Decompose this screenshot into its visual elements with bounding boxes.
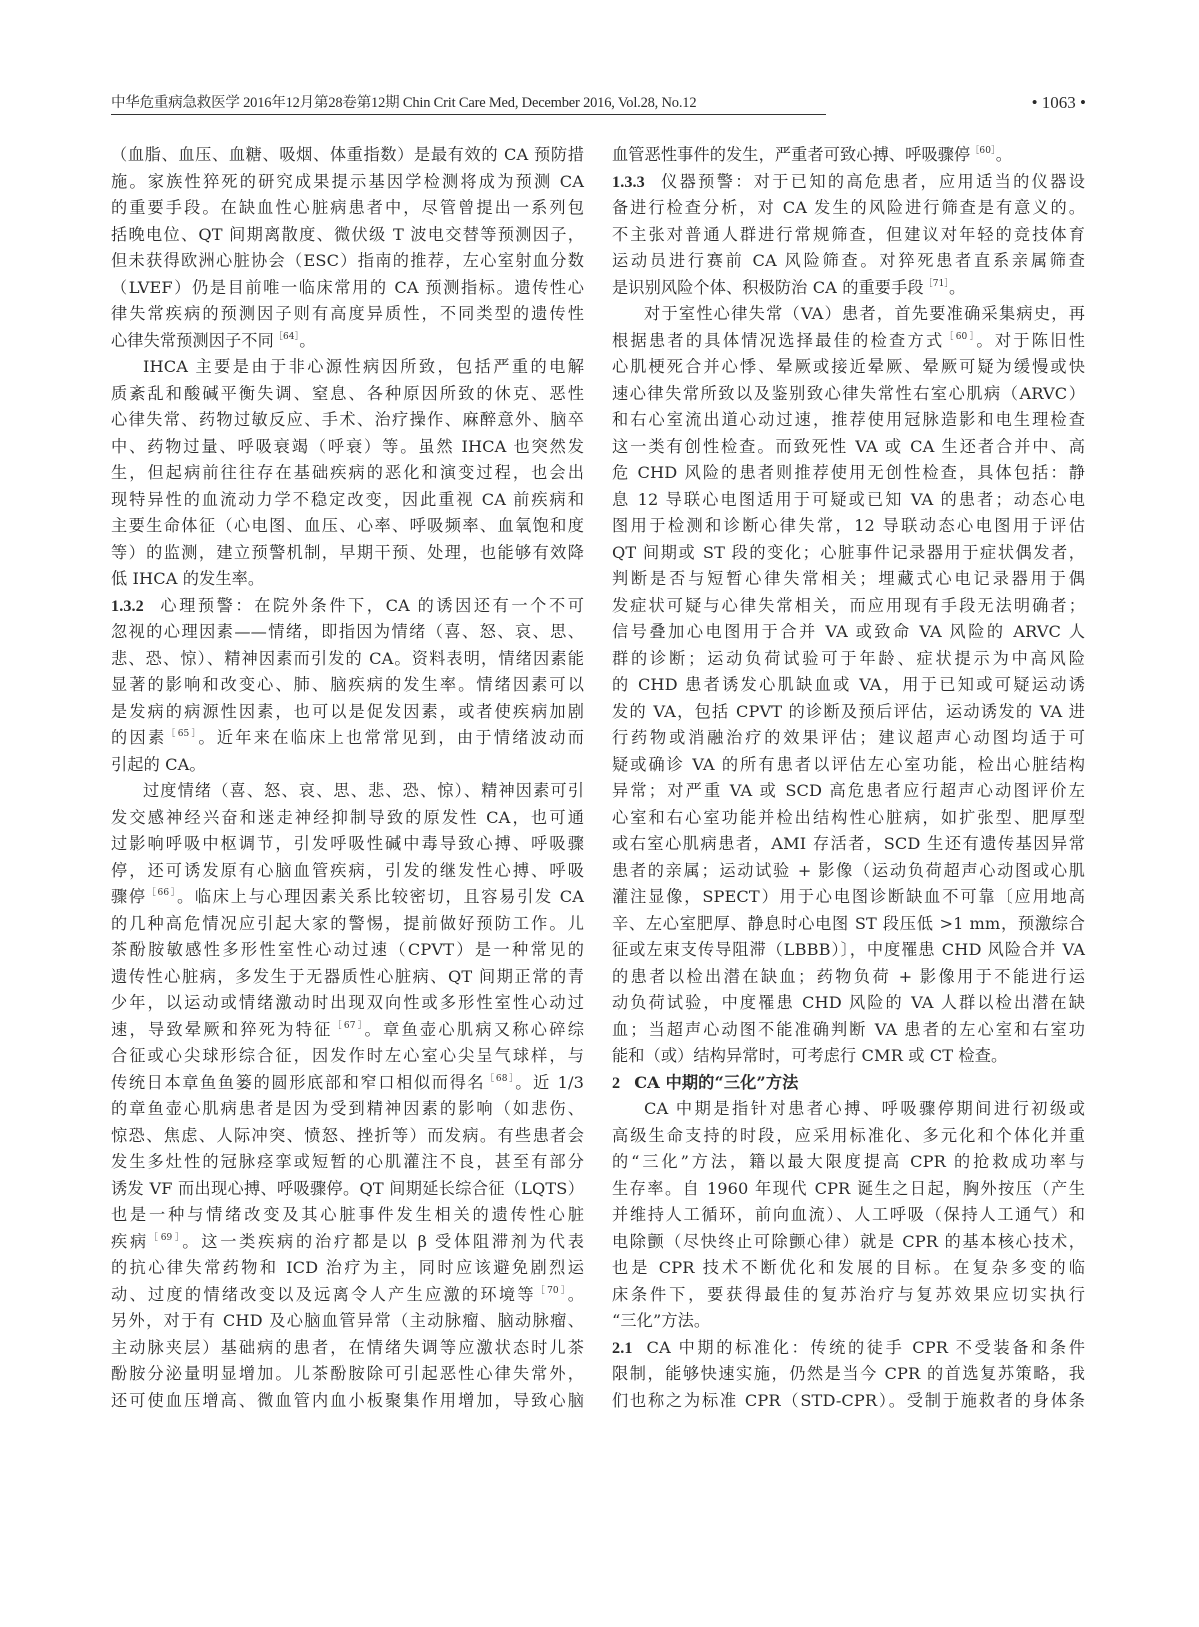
text-line: 过度情绪（喜、怒、哀、思、悲、恐、惊）、精神因素可引 bbox=[111, 778, 584, 805]
text-line: 心肌梗死合并心悸、晕厥或接近晕厥、晕厥可疑为缓慢或快 bbox=[612, 354, 1085, 381]
line-text: 的几种高危情况应引起大家的警惕，提前做好预防工作。儿 bbox=[111, 914, 584, 933]
text-line: 限制，能够快速实施，仍然是当今 CPR 的首选复苏策略，我 bbox=[612, 1361, 1085, 1388]
journal-citation: 中华危重病急救医学 2016年12月第28卷第12期 Chin Crit Car… bbox=[111, 92, 826, 115]
line-text: 酚胺分泌量明显增加。儿茶酚胺除可引起恶性心律失常外， bbox=[111, 1364, 584, 1383]
text-line: QT 间期或 ST 段的变化；心脏事件记录器用于症状偶发者， bbox=[612, 540, 1085, 567]
text-line: 的几种高危情况应引起大家的警惕，提前做好预防工作。儿 bbox=[111, 911, 584, 938]
line-text: 判断是否与短暂心律失常相关；埋藏式心电记录器用于偶 bbox=[612, 569, 1085, 588]
text-line: 合征或心尖球形综合征，因发作时左心室心尖呈气球样，与 bbox=[111, 1043, 584, 1070]
line-text-tail: 。近 1/3 bbox=[515, 1073, 584, 1092]
text-line: 危 CHD 风险的患者则推荐使用无创性检查，具体包括：静 bbox=[612, 460, 1085, 487]
line-text: 惊恐、焦虑、人际冲突、愤怒、挫折等）而发病。有些患者会 bbox=[111, 1126, 584, 1145]
text-line: 电除颤（尽快终止可除颤心律）就是 CPR 的基本核心技术， bbox=[612, 1229, 1085, 1256]
text-line: 骤停［66］。临床上与心理因素关系比较密切，且容易引发 CA bbox=[111, 884, 584, 911]
line-text: 现特异性的血流动力学不稳定改变，因此重视 CA 前疾病和 bbox=[111, 490, 584, 509]
text-line: IHCA 主要是由于非心源性病因所致，包括严重的电解 bbox=[111, 354, 584, 381]
citation-reference: ［69］ bbox=[149, 1233, 182, 1243]
line-text: 心律失常预测因子不同 bbox=[111, 331, 274, 350]
line-text-tail: 。 bbox=[299, 331, 315, 350]
line-text: 也是一种与情绪改变及其心脏事件发生相关的遗传性心脏 bbox=[111, 1205, 584, 1224]
text-line: 质紊乱和酸碱平衡失调、窒息、各种原因所致的休克、恶性 bbox=[111, 381, 584, 408]
text-line: 发交感神经兴奋和迷走神经抑制导致的原发性 CA，也可通 bbox=[111, 805, 584, 832]
text-line: 引起的 CA。 bbox=[111, 752, 584, 779]
text-line: 悲、恐、惊）、精神因素而引发的 CA。资料表明，情绪因素能 bbox=[111, 646, 584, 673]
text-line: 血管恶性事件的发生，严重者可致心搏、呼吸骤停［60］。 bbox=[612, 142, 1085, 169]
line-text-tail: 。 bbox=[996, 145, 1012, 164]
text-line: 并维持人工循环，前向血流）、人工呼吸（保持人工通气）和 bbox=[612, 1202, 1085, 1229]
line-text-tail: 。临床上与心理因素关系比较密切，且容易引发 CA bbox=[177, 887, 584, 906]
line-text: 根据患者的具体情况选择最佳的检查方式 bbox=[612, 331, 944, 350]
text-line: 灌注显像，SPECT）用于心电图诊断缺血不可靠〔应用地高 bbox=[612, 884, 1085, 911]
text-line: 疑或确诊 VA 的所有患者以评估左心室功能，检出心脏结构 bbox=[612, 752, 1085, 779]
line-text: “三化”方法。 bbox=[612, 1311, 710, 1330]
citation-reference: ［66］ bbox=[147, 888, 177, 898]
line-text: CA 中期的“三化”方法 bbox=[634, 1073, 798, 1092]
line-text: 悲、恐、惊）、精神因素而引发的 CA。资料表明，情绪因素能 bbox=[111, 649, 584, 668]
line-text: 施。家族性猝死的研究成果提示基因学检测将成为预测 CA bbox=[111, 172, 584, 191]
text-line: （血脂、血压、血糖、吸烟、体重指数）是最有效的 CA 预防措 bbox=[111, 142, 584, 169]
line-text: 主动脉夹层）基础病的患者，在情绪失调等应激状态时儿茶 bbox=[111, 1338, 584, 1357]
line-text: 辛、左心室肥厚、静息时心电图 ST 段压低 >1 mm，预激综合 bbox=[612, 914, 1085, 933]
citation-reference: ［60］ bbox=[944, 332, 976, 342]
line-text: 血；当超声心动图不能准确判断 VA 患者的左心室和右室功 bbox=[612, 1020, 1085, 1039]
line-text-tail: 。 bbox=[568, 1285, 584, 1304]
line-text: 这一类有创性检查。而致死性 VA 或 CA 生还者合并中、高 bbox=[612, 437, 1085, 456]
line-text: 群的诊断；运动负荷试验可于年龄、症状提示为中高风险 bbox=[612, 649, 1085, 668]
citation-reference: ［65］ bbox=[166, 729, 198, 739]
line-text: 是识别风险个体、积极防治 CA 的重要手段 bbox=[612, 278, 924, 297]
text-line: 酚胺分泌量明显增加。儿茶酚胺除可引起恶性心律失常外， bbox=[111, 1361, 584, 1388]
line-text: CA 中期的标准化：传统的徒手 CPR 不受装备和条件 bbox=[647, 1338, 1085, 1357]
line-text: 另外，对于有 CHD 及心脑血管异常（主动脉瘤、脑动脉瘤、 bbox=[111, 1311, 584, 1330]
citation-reference: ［67］ bbox=[333, 1021, 365, 1031]
text-line: 对于室性心律失常（VA）患者，首先要准确采集病史，再 bbox=[612, 301, 1085, 328]
text-line: 停，还可诱发原有心脑血管疾病，引发的继发性心搏、呼吸 bbox=[111, 858, 584, 885]
line-text: 过影响呼吸中枢调节，引发呼吸性碱中毒导致心搏、呼吸骤 bbox=[111, 834, 584, 853]
text-line: 的抗心律失常药物和 ICD 治疗为主，同时应该避免剧烈运 bbox=[111, 1255, 584, 1282]
line-text: 低 IHCA 的发生率。 bbox=[111, 569, 264, 588]
text-line: 主动脉夹层）基础病的患者，在情绪失调等应激状态时儿茶 bbox=[111, 1335, 584, 1362]
text-line: 图用于检测和诊断心律失常，12 导联动态心电图用于评估 bbox=[612, 513, 1085, 540]
line-text: 和右心室流出道心动过速，推荐使用冠脉造影和电生理检查 bbox=[612, 410, 1085, 429]
text-line: 过影响呼吸中枢调节，引发呼吸性碱中毒导致心搏、呼吸骤 bbox=[111, 831, 584, 858]
line-text: 心肌梗死合并心悸、晕厥或接近晕厥、晕厥可疑为缓慢或快 bbox=[612, 357, 1085, 376]
citation-reference: ［60］ bbox=[970, 146, 995, 156]
text-line: 心律失常预测因子不同［64］。 bbox=[111, 328, 584, 355]
text-line: 群的诊断；运动负荷试验可于年龄、症状提示为中高风险 bbox=[612, 646, 1085, 673]
text-line: 患者的亲属；运动试验 + 影像（运动负荷超声心动图或心肌 bbox=[612, 858, 1085, 885]
line-text: QT 间期或 ST 段的变化；心脏事件记录器用于症状偶发者， bbox=[612, 543, 1085, 562]
line-text: 们也称之为标准 CPR（STD-CPR）。受制于施救者的身体条 bbox=[612, 1391, 1085, 1410]
text-line: 异常；对严重 VA 或 SCD 高危患者应行超声心动图评价左 bbox=[612, 778, 1085, 805]
line-text: 动负荷试验，中度罹患 CHD 风险的 VA 人群以检出潜在缺 bbox=[612, 993, 1085, 1012]
text-line: 高级生命支持的时段，应采用标准化、多元化和个体化并重 bbox=[612, 1123, 1085, 1150]
line-text: 患者的亲属；运动试验 + 影像（运动负荷超声心动图或心肌 bbox=[612, 861, 1085, 880]
text-line: 心室和右心室功能并检出结构性心脏病，如扩张型、肥厚型 bbox=[612, 805, 1085, 832]
text-line: 备进行检查分析，对 CA 发生的风险进行筛查是有意义的。 bbox=[612, 195, 1085, 222]
line-text-tail: 。对于陈旧性 bbox=[976, 331, 1085, 350]
line-text: 疑或确诊 VA 的所有患者以评估左心室功能，检出心脏结构 bbox=[612, 755, 1085, 774]
text-line: 床条件下，要获得最佳的复苏治疗与复苏效果应切实执行 bbox=[612, 1282, 1085, 1309]
line-text: 的“三化”方法，籍以最大限度提高 CPR 的抢救成功率与 bbox=[612, 1152, 1085, 1171]
text-line: 发生多灶性的冠脉痉挛或短暂的心肌灌注不良，甚至有部分 bbox=[111, 1149, 584, 1176]
text-line: 辛、左心室肥厚、静息时心电图 ST 段压低 >1 mm，预激综合 bbox=[612, 911, 1085, 938]
section-heading-line: 1.3.3仪器预警：对于已知的高危患者，应用适当的仪器设 bbox=[612, 169, 1085, 196]
line-text: 心律失常、药物过敏反应、手术、治疗操作、麻醉意外、脑卒 bbox=[111, 410, 584, 429]
line-text: 速，导致晕厥和猝死为特征 bbox=[111, 1020, 333, 1039]
text-line: 括晚电位、QT 间期离散度、微伏级 T 波电交替等预测因子， bbox=[111, 222, 584, 249]
text-line: CA 中期是指针对患者心搏、呼吸骤停期间进行初级或 bbox=[612, 1096, 1085, 1123]
line-text: CA 中期是指针对患者心搏、呼吸骤停期间进行初级或 bbox=[644, 1099, 1085, 1118]
section-heading-line: 1.3.2心理预警：在院外条件下，CA 的诱因还有一个不可 bbox=[111, 593, 584, 620]
text-line: 行药物或消融治疗的效果评估；建议超声心动图均适于可 bbox=[612, 725, 1085, 752]
line-text: 传统日本章鱼鱼篓的圆形底部和窄口相似而得名 bbox=[111, 1073, 485, 1092]
line-text: 等）的监测，建立预警机制，早期干预、处理，也能够有效降 bbox=[111, 543, 584, 562]
line-text: 骤停 bbox=[111, 887, 147, 906]
running-header: 中华危重病急救医学 2016年12月第28卷第12期 Chin Crit Car… bbox=[111, 92, 1086, 116]
text-line: 的重要手段。在缺血性心脏病患者中，尽管曾提出一系列包 bbox=[111, 195, 584, 222]
text-line: （LVEF）仍是目前唯一临床常用的 CA 预测指标。遗传性心 bbox=[111, 275, 584, 302]
line-text: 还可使血压增高、微血管内血小板聚集作用增加，导致心脑 bbox=[111, 1391, 584, 1410]
line-text: 中、药物过量、呼吸衰竭（呼衰）等。虽然 IHCA 也突然发 bbox=[111, 437, 584, 456]
text-line: 信号叠加心电图用于合并 VA 或致命 VA 风险的 ARVC 人 bbox=[612, 619, 1085, 646]
line-text: 运动员进行赛前 CA 风险筛查。对猝死患者直系亲属筛查 bbox=[612, 251, 1085, 270]
line-text: 引起的 CA。 bbox=[111, 755, 206, 774]
text-line: 也是一种与情绪改变及其心脏事件发生相关的遗传性心脏 bbox=[111, 1202, 584, 1229]
text-line: 中、药物过量、呼吸衰竭（呼衰）等。虽然 IHCA 也突然发 bbox=[111, 434, 584, 461]
text-line: 心律失常、药物过敏反应、手术、治疗操作、麻醉意外、脑卒 bbox=[111, 407, 584, 434]
line-text: 主要生命体征（心电图、血压、心率、呼吸频率、血氧饱和度 bbox=[111, 516, 584, 535]
text-line: 不主张对普通人群进行常规筛查，但建议对年轻的竞技体育 bbox=[612, 222, 1085, 249]
text-line: 遗传性心脏病，多发生于无器质性心脏病、QT 间期正常的青 bbox=[111, 964, 584, 991]
citation-reference: ［68］ bbox=[485, 1074, 515, 1084]
text-line: 息 12 导联心电图适用于可疑或已知 VA 的患者；动态心电 bbox=[612, 487, 1085, 514]
text-line: 速心律失常所致以及鉴别致心律失常性右室心肌病（ARVC） bbox=[612, 381, 1085, 408]
text-line: 显著的影响和改变心、肺、脑疾病的发生率。情绪因素可以 bbox=[111, 672, 584, 699]
line-text: 并维持人工循环，前向血流）、人工呼吸（保持人工通气）和 bbox=[612, 1205, 1085, 1224]
text-line: 的“三化”方法，籍以最大限度提高 CPR 的抢救成功率与 bbox=[612, 1149, 1085, 1176]
line-text: 电除颤（尽快终止可除颤心律）就是 CPR 的基本核心技术， bbox=[612, 1232, 1085, 1251]
text-line: 施。家族性猝死的研究成果提示基因学检测将成为预测 CA bbox=[111, 169, 584, 196]
text-line: 的患者以检出潜在缺血；药物负荷 + 影像用于不能进行运 bbox=[612, 964, 1085, 991]
section-number: 2 bbox=[612, 1074, 620, 1092]
text-line: 惊恐、焦虑、人际冲突、愤怒、挫折等）而发病。有些患者会 bbox=[111, 1123, 584, 1150]
text-line: 生，但起病前往往存在基础疾病的恶化和演变过程，也会出 bbox=[111, 460, 584, 487]
text-line: 速，导致晕厥和猝死为特征［67］。章鱼壶心肌病又称心碎综 bbox=[111, 1017, 584, 1044]
line-text: 发症状可疑与心律失常相关，而应用现有手段无法明确者； bbox=[612, 596, 1085, 615]
text-line: 低 IHCA 的发生率。 bbox=[111, 566, 584, 593]
citation-reference: ［64］ bbox=[274, 332, 299, 342]
text-line: 运动员进行赛前 CA 风险筛查。对猝死患者直系亲属筛查 bbox=[612, 248, 1085, 275]
line-text: 心理预警：在院外条件下，CA 的诱因还有一个不可 bbox=[158, 596, 584, 615]
section-heading-line: 2.1CA 中期的标准化：传统的徒手 CPR 不受装备和条件 bbox=[612, 1335, 1085, 1362]
line-text: 停，还可诱发原有心脑血管疾病，引发的继发性心搏、呼吸 bbox=[111, 861, 584, 880]
text-line: 们也称之为标准 CPR（STD-CPR）。受制于施救者的身体条 bbox=[612, 1388, 1085, 1415]
text-line: 疾病［69］。这一类疾病的治疗都是以 β 受体阻滞剂为代表 bbox=[111, 1229, 584, 1256]
right-column: 血管恶性事件的发生，严重者可致心搏、呼吸骤停［60］。1.3.3仪器预警：对于已… bbox=[612, 142, 1085, 1414]
citation-reference: ［71］ bbox=[924, 279, 949, 289]
text-line: 是发病的病源性因素，也可以是促发因素，或者使疾病加剧 bbox=[111, 699, 584, 726]
text-line: 生存率。自 1960 年现代 CPR 诞生之日起，胸外按压（产生 bbox=[612, 1176, 1085, 1203]
left-column: （血脂、血压、血糖、吸烟、体重指数）是最有效的 CA 预防措施。家族性猝死的研究… bbox=[111, 142, 584, 1414]
text-line: 的章鱼壶心肌病患者是因为受到精神因素的影响（如悲伤、 bbox=[111, 1096, 584, 1123]
text-line: 根据患者的具体情况选择最佳的检查方式［60］。对于陈旧性 bbox=[612, 328, 1085, 355]
line-text: 少年，以运动或情绪激动时出现双向性或多形性室性心动过 bbox=[111, 993, 584, 1012]
line-text: 的抗心律失常药物和 ICD 治疗为主，同时应该避免剧烈运 bbox=[111, 1258, 584, 1277]
text-line: 传统日本章鱼鱼篓的圆形底部和窄口相似而得名［68］。近 1/3 bbox=[111, 1070, 584, 1097]
text-line: 现特异性的血流动力学不稳定改变，因此重视 CA 前疾病和 bbox=[111, 487, 584, 514]
text-line: 另外，对于有 CHD 及心脑血管异常（主动脉瘤、脑动脉瘤、 bbox=[111, 1308, 584, 1335]
text-line: 这一类有创性检查。而致死性 VA 或 CA 生还者合并中、高 bbox=[612, 434, 1085, 461]
line-text: 心室和右心室功能并检出结构性心脏病，如扩张型、肥厚型 bbox=[612, 808, 1085, 827]
line-text: 危 CHD 风险的患者则推荐使用无创性检查，具体包括：静 bbox=[612, 463, 1085, 482]
text-line: 也是 CPR 技术不断优化和发展的目标。在复杂多变的临 bbox=[612, 1255, 1085, 1282]
text-line: 判断是否与短暂心律失常相关；埋藏式心电记录器用于偶 bbox=[612, 566, 1085, 593]
line-text: 动、过度的情绪改变以及远离令人产生应激的环境等 bbox=[111, 1285, 536, 1304]
citation-reference: ［70］ bbox=[536, 1286, 568, 1296]
line-text: 遗传性心脏病，多发生于无器质性心脏病、QT 间期正常的青 bbox=[111, 967, 584, 986]
section-number: 1.3.3 bbox=[612, 173, 645, 191]
text-line: 律失常疾病的预测因子则有高度异质性，不同类型的遗传性 bbox=[111, 301, 584, 328]
line-text: 但未获得欧洲心脏协会（ESC）指南的推荐，左心室射血分数 bbox=[111, 251, 584, 270]
line-text-tail: 。章鱼壶心肌病又称心碎综 bbox=[365, 1020, 584, 1039]
text-line: 的因素［65］。近年来在临床上也常常见到，由于情绪波动而 bbox=[111, 725, 584, 752]
line-text: 疾病 bbox=[111, 1232, 149, 1251]
line-text: 生存率。自 1960 年现代 CPR 诞生之日起，胸外按压（产生 bbox=[612, 1179, 1085, 1198]
text-line: 动、过度的情绪改变以及远离令人产生应激的环境等［70］。 bbox=[111, 1282, 584, 1309]
line-text: 备进行检查分析，对 CA 发生的风险进行筛查是有意义的。 bbox=[612, 198, 1085, 217]
line-text: 图用于检测和诊断心律失常，12 导联动态心电图用于评估 bbox=[612, 516, 1085, 535]
text-line: 忽视的心理因素——情绪，即指因为情绪（喜、怒、哀、思、 bbox=[111, 619, 584, 646]
page-number: • 1063 • bbox=[1032, 92, 1086, 114]
line-text: 质紊乱和酸碱平衡失调、窒息、各种原因所致的休克、恶性 bbox=[111, 384, 584, 403]
line-text: 速心律失常所致以及鉴别致心律失常性右室心肌病（ARVC） bbox=[612, 384, 1085, 403]
line-text: 也是 CPR 技术不断优化和发展的目标。在复杂多变的临 bbox=[612, 1258, 1085, 1277]
line-text: 灌注显像，SPECT）用于心电图诊断缺血不可靠〔应用地高 bbox=[612, 887, 1085, 906]
line-text: 信号叠加心电图用于合并 VA 或致命 VA 风险的 ARVC 人 bbox=[612, 622, 1085, 641]
text-line: 等）的监测，建立预警机制，早期干预、处理，也能够有效降 bbox=[111, 540, 584, 567]
line-text: 的章鱼壶心肌病患者是因为受到精神因素的影响（如悲伤、 bbox=[111, 1099, 584, 1118]
line-text: IHCA 主要是由于非心源性病因所致，包括严重的电解 bbox=[143, 357, 584, 376]
line-text: （LVEF）仍是目前唯一临床常用的 CA 预测指标。遗传性心 bbox=[111, 278, 584, 297]
line-text: 仪器预警：对于已知的高危患者，应用适当的仪器设 bbox=[659, 172, 1085, 191]
text-line: “三化”方法。 bbox=[612, 1308, 1085, 1335]
line-text: 律失常疾病的预测因子则有高度异质性，不同类型的遗传性 bbox=[111, 304, 584, 323]
text-line: 茶酚胺敏感性多形性室性心动过速（CPVT）是一种常见的 bbox=[111, 937, 584, 964]
line-text: 对于室性心律失常（VA）患者，首先要准确采集病史，再 bbox=[644, 304, 1085, 323]
text-line: 动负荷试验，中度罹患 CHD 风险的 VA 人群以检出潜在缺 bbox=[612, 990, 1085, 1017]
text-line: 少年，以运动或情绪激动时出现双向性或多形性室性心动过 bbox=[111, 990, 584, 1017]
line-text: 血管恶性事件的发生，严重者可致心搏、呼吸骤停 bbox=[612, 145, 970, 164]
line-text-tail: 。 bbox=[949, 278, 965, 297]
line-text: 的 CHD 患者诱发心肌缺血或 VA，用于已知或可疑运动诱 bbox=[612, 675, 1085, 694]
text-line: 血；当超声心动图不能准确判断 VA 患者的左心室和右室功 bbox=[612, 1017, 1085, 1044]
line-text: 过度情绪（喜、怒、哀、思、悲、恐、惊）、精神因素可引 bbox=[143, 781, 584, 800]
line-text-tail: 。这一类疾病的治疗都是以 β 受体阻滞剂为代表 bbox=[182, 1232, 584, 1251]
line-text: 高级生命支持的时段，应采用标准化、多元化和个体化并重 bbox=[612, 1126, 1085, 1145]
line-text: 行药物或消融治疗的效果评估；建议超声心动图均适于可 bbox=[612, 728, 1085, 747]
line-text: 的因素 bbox=[111, 728, 166, 747]
line-text: 的患者以检出潜在缺血；药物负荷 + 影像用于不能进行运 bbox=[612, 967, 1085, 986]
line-text: 异常；对严重 VA 或 SCD 高危患者应行超声心动图评价左 bbox=[612, 781, 1085, 800]
line-text: 限制，能够快速实施，仍然是当今 CPR 的首选复苏策略，我 bbox=[612, 1364, 1085, 1383]
line-text: 合征或心尖球形综合征，因发作时左心室心尖呈气球样，与 bbox=[111, 1046, 584, 1065]
text-line: 但未获得欧洲心脏协会（ESC）指南的推荐，左心室射血分数 bbox=[111, 248, 584, 275]
line-text: 显著的影响和改变心、肺、脑疾病的发生率。情绪因素可以 bbox=[111, 675, 584, 694]
line-text: 的重要手段。在缺血性心脏病患者中，尽管曾提出一系列包 bbox=[111, 198, 584, 217]
text-line: 发的 VA，包括 CPVT 的诊断及预后评估，运动诱发的 VA 进 bbox=[612, 699, 1085, 726]
text-line: 是识别风险个体、积极防治 CA 的重要手段［71］。 bbox=[612, 275, 1085, 302]
section-heading-line: 2CA 中期的“三化”方法 bbox=[612, 1070, 1085, 1097]
line-text: 括晚电位、QT 间期离散度、微伏级 T 波电交替等预测因子， bbox=[111, 225, 584, 244]
text-line: 发症状可疑与心律失常相关，而应用现有手段无法明确者； bbox=[612, 593, 1085, 620]
line-text: 床条件下，要获得最佳的复苏治疗与复苏效果应切实执行 bbox=[612, 1285, 1085, 1304]
line-text: 发的 VA，包括 CPVT 的诊断及预后评估，运动诱发的 VA 进 bbox=[612, 702, 1085, 721]
line-text: 生，但起病前往往存在基础疾病的恶化和演变过程，也会出 bbox=[111, 463, 584, 482]
line-text: 茶酚胺敏感性多形性室性心动过速（CPVT）是一种常见的 bbox=[111, 940, 584, 959]
section-number: 1.3.2 bbox=[111, 597, 144, 615]
line-text: 能和（或）结构异常时，可考虑行 CMR 或 CT 检查。 bbox=[612, 1046, 1007, 1065]
line-text: 息 12 导联心电图适用于可疑或已知 VA 的患者；动态心电 bbox=[612, 490, 1085, 509]
line-text: 发交感神经兴奋和迷走神经抑制导致的原发性 CA，也可通 bbox=[111, 808, 584, 827]
line-text: 不主张对普通人群进行常规筛查，但建议对年轻的竞技体育 bbox=[612, 225, 1085, 244]
text-line: 还可使血压增高、微血管内血小板聚集作用增加，导致心脑 bbox=[111, 1388, 584, 1415]
line-text: （血脂、血压、血糖、吸烟、体重指数）是最有效的 CA 预防措 bbox=[111, 145, 584, 164]
line-text: 忽视的心理因素——情绪，即指因为情绪（喜、怒、哀、思、 bbox=[111, 622, 584, 641]
text-line: 的 CHD 患者诱发心肌缺血或 VA，用于已知或可疑运动诱 bbox=[612, 672, 1085, 699]
text-line: 诱发 VF 而出现心搏、呼吸骤停。QT 间期延长综合征（LQTS） bbox=[111, 1176, 584, 1203]
line-text: 征或左束支传导阻滞（LBBB）〕，中度罹患 CHD 风险合并 VA bbox=[612, 940, 1085, 959]
line-text: 发生多灶性的冠脉痉挛或短暂的心肌灌注不良，甚至有部分 bbox=[111, 1152, 584, 1171]
line-text: 诱发 VF 而出现心搏、呼吸骤停。QT 间期延长综合征（LQTS） bbox=[111, 1179, 584, 1198]
text-line: 征或左束支传导阻滞（LBBB）〕，中度罹患 CHD 风险合并 VA bbox=[612, 937, 1085, 964]
text-line: 和右心室流出道心动过速，推荐使用冠脉造影和电生理检查 bbox=[612, 407, 1085, 434]
text-line: 或右室心肌病患者，AMI 存活者，SCD 生还有遗传基因异常 bbox=[612, 831, 1085, 858]
text-line: 主要生命体征（心电图、血压、心率、呼吸频率、血氧饱和度 bbox=[111, 513, 584, 540]
section-number: 2.1 bbox=[612, 1339, 633, 1357]
text-line: 能和（或）结构异常时，可考虑行 CMR 或 CT 检查。 bbox=[612, 1043, 1085, 1070]
line-text-tail: 。近年来在临床上也常常见到，由于情绪波动而 bbox=[198, 728, 584, 747]
line-text: 或右室心肌病患者，AMI 存活者，SCD 生还有遗传基因异常 bbox=[612, 834, 1085, 853]
line-text: 是发病的病源性因素，也可以是促发因素，或者使疾病加剧 bbox=[111, 702, 584, 721]
